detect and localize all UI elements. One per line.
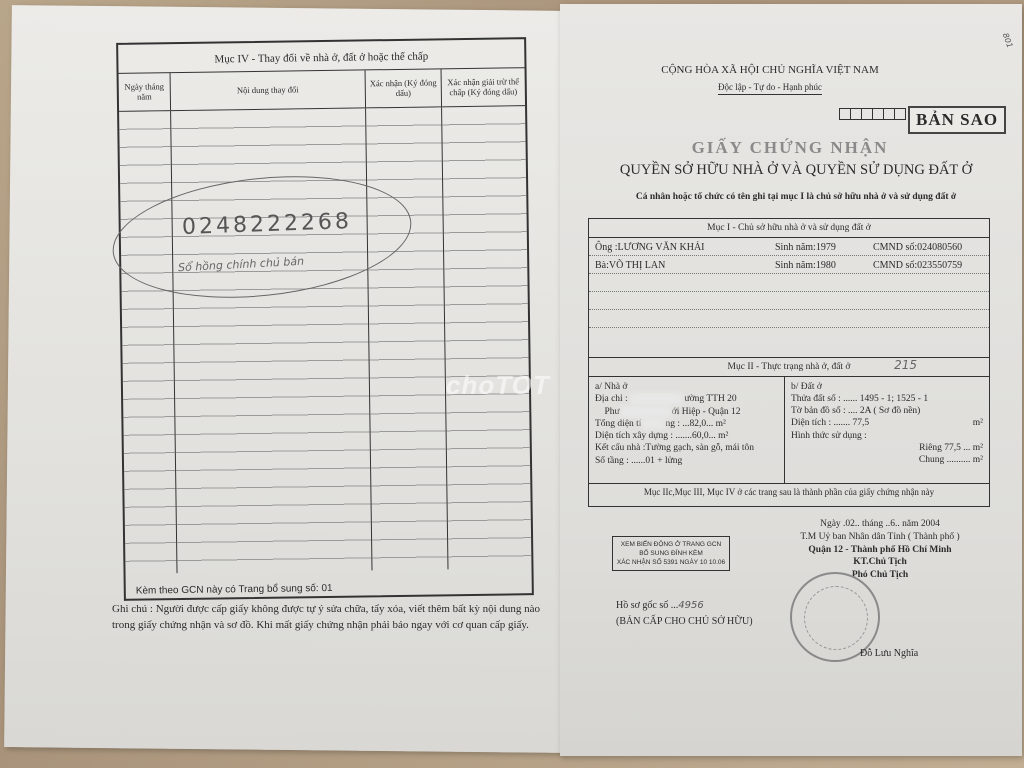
owner-row: Bà:VÕ THỊ LAN Sinh năm:1980 CMND số:0235…: [589, 256, 989, 274]
private-area: 77,5: [944, 443, 961, 453]
change-notice-stamp: XEM BIẾN ĐỘNG Ở TRANG GCN BỔ SUNG ĐÍNH K…: [612, 536, 730, 571]
map-number: 2A ( Sơ đồ nền): [860, 406, 920, 416]
signature-block: Ngày .02.. tháng ..6.. năm 2004 T.M Uỷ b…: [760, 518, 1000, 582]
col-content: Nội dung thay đổi: [171, 70, 366, 110]
note-text: Ghi chú : Người được cấp giấy không được…: [112, 602, 562, 634]
col-release: Xác nhận giải trừ thế chấp (Ký đóng dấu): [442, 68, 526, 106]
redacted: [620, 406, 672, 418]
watermark: choTOT: [446, 370, 550, 401]
structure: Tường gạch, sàn gỗ, mái tôn: [645, 443, 754, 453]
table-footer: Kèm theo GCN này có Trang bổ sung số: 01: [126, 580, 381, 599]
file-info: Hồ sơ gốc số ...4956 (BẢN CẤP CHO CHỦ SỞ…: [616, 598, 753, 630]
section-owners: Mục I - Chủ sở hữu nhà ở và sử dụng đất …: [588, 218, 990, 358]
signer-name: Đỗ Lưu Nghĩa: [860, 648, 918, 659]
floors: 01 + lửng: [645, 456, 682, 466]
certificate-subtitle: QUYỀN SỞ HỮU NHÀ Ở VÀ QUYỀN SỬ DỤNG ĐẤT …: [586, 162, 1006, 179]
certificate-title: GIẤY CHỨNG NHẬN: [600, 138, 980, 158]
table-body: [119, 106, 531, 574]
issue-date: Ngày .02.. tháng ..6.. năm 2004: [760, 518, 1000, 531]
col-date: Ngày tháng năm: [119, 73, 172, 111]
total-area: 82,0: [689, 419, 706, 429]
section-i-title: Mục I - Chủ sở hữu nhà ở và sử dụng đất …: [589, 219, 989, 238]
motto: Độc lập - Tự do - Hạnh phúc: [600, 82, 940, 92]
copy-stamp: BẢN SAO: [908, 106, 1006, 134]
file-number: 4956: [678, 600, 703, 611]
land-area: 77,5: [852, 418, 869, 428]
land-info: b/ Đất ở Thửa đất số : ...... 1495 - 1; …: [785, 377, 989, 483]
changes-table: Mục IV - Thay đổi về nhà ở, đất ở hoặc t…: [116, 37, 534, 601]
table-header: Ngày tháng năm Nội dung thay đổi Xác nhậ…: [119, 68, 525, 112]
section-ii-title: Mục II - Thực trạng nhà ở, đất ở: [728, 362, 851, 372]
owner-row: Ông :LƯƠNG VĂN KHẢI Sinh năm:1979 CMND s…: [589, 238, 989, 256]
section-property: Mục II - Thực trạng nhà ở, đất ở 215 a/ …: [588, 357, 990, 507]
house-info: a/ Nhà ở Địa chỉ : ường TTH 20 Phưới Hiệ…: [589, 377, 785, 483]
plot-number: 1495 - 1; 1525 - 1: [860, 394, 928, 404]
col-confirm: Xác nhận (Ký đóng dấu): [366, 69, 443, 107]
section-ii-footer: Mục IIc,Mục III, Mục IV ở các trang sau …: [589, 484, 989, 500]
nation-header: CỘNG HÒA XÃ HỘI CHỦ NGHĨA VIỆT NAM: [600, 64, 940, 76]
build-area: 60,0: [692, 431, 709, 441]
redacted: [630, 393, 682, 405]
intro-text: Cá nhân hoặc tổ chức có tên ghi tại mục …: [586, 192, 1006, 202]
handwritten-number: 215: [894, 358, 917, 372]
serial-boxes: [840, 108, 906, 120]
